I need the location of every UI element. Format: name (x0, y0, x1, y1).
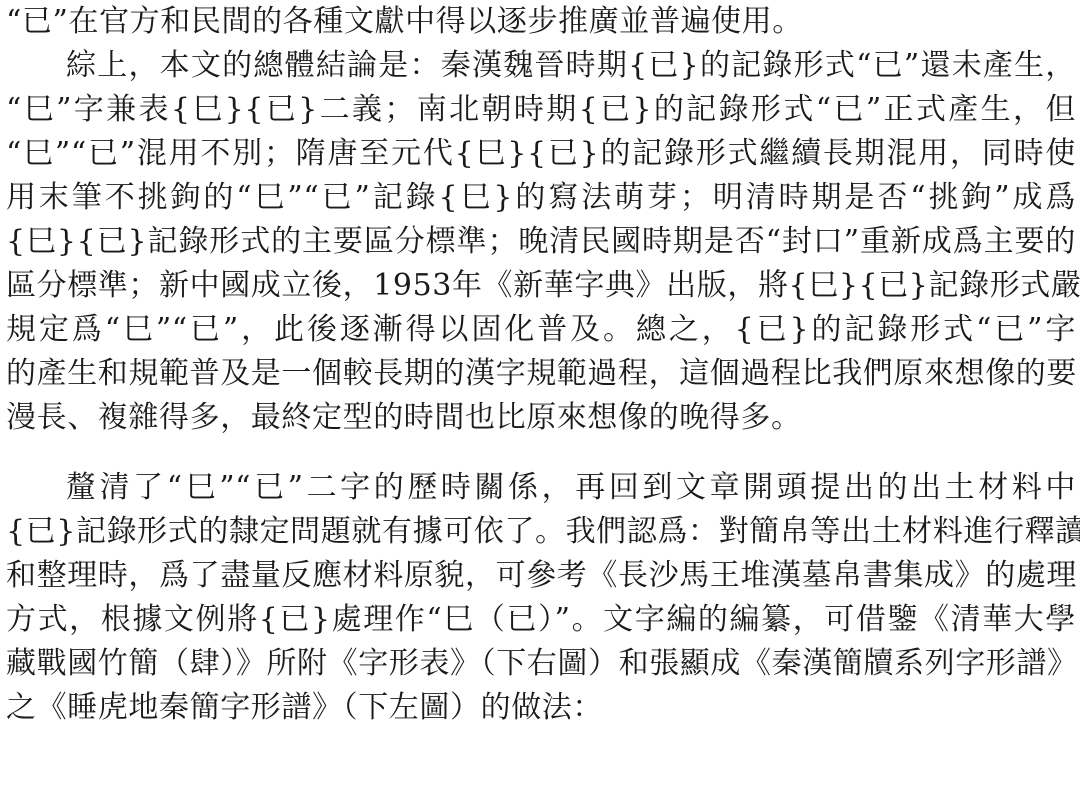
text-line: 藏戰國竹簡（肆）》所附《字形表》（下右圖）和張顯成《秦漢簡牘系列字形譜》 (6, 644, 1076, 684)
text-line: {已}記錄形式的隸定問題就有據可依了。我們認爲：對簡帛等出土材料進行釋讀 (6, 512, 1076, 552)
text-line: 之《睡虎地秦簡字形譜》（下左圖）的做法： (6, 688, 1076, 728)
text-line: 和整理時，爲了盡量反應材料原貌，可參考《長沙馬王堆漢墓帛書集成》的處理 (6, 556, 1076, 596)
text-line: 方式，根據文例將{已}處理作“巳（已）”。文字編的編纂，可借鑒《清華大學 (6, 600, 1076, 640)
text-line: 綜上，本文的總體結論是：秦漢魏晉時期{已}的記錄形式“已”還未產生， (66, 46, 1076, 86)
text-line: 的產生和規範普及是一個較長期的漢字規範過程，這個過程比我們原來想像的要 (6, 354, 1076, 394)
text-line: 漫長、複雜得多，最終定型的時間也比原來想像的晚得多。 (6, 398, 1076, 438)
text-line: “巳”字兼表{巳}{已}二義；南北朝時期{已}的記錄形式“已”正式產生，但 (6, 90, 1076, 130)
text-line: “巳”“已”混用不別；隋唐至元代{巳}{已}的記錄形式繼續長期混用，同時使 (6, 134, 1076, 174)
text-line: 用末筆不挑鉤的“巳”“已”記錄{巳}的寫法萌芽；明清時期是否“挑鉤”成爲 (6, 178, 1076, 218)
text-line: {巳}{已}記錄形式的主要區分標準；晚清民國時期是否“封口”重新成爲主要的 (6, 222, 1076, 262)
text-line: “已”在官方和民間的各種文獻中得以逐步推廣並普遍使用。 (6, 2, 1076, 42)
text-line: 釐清了“巳”“已”二字的歷時關係，再回到文章開頭提出的出土材料中 (66, 468, 1076, 508)
document-page: “已”在官方和民間的各種文獻中得以逐步推廣並普遍使用。 綜上，本文的總體結論是：… (0, 0, 1080, 788)
text-line: 區分標準；新中國成立後，1953年《新華字典》出版，將{巳}{已}記錄形式嚴格 (6, 266, 1076, 306)
text-line: 規定爲“巳”“已”，此後逐漸得以固化普及。總之，{已}的記錄形式“已”字 (6, 310, 1076, 350)
